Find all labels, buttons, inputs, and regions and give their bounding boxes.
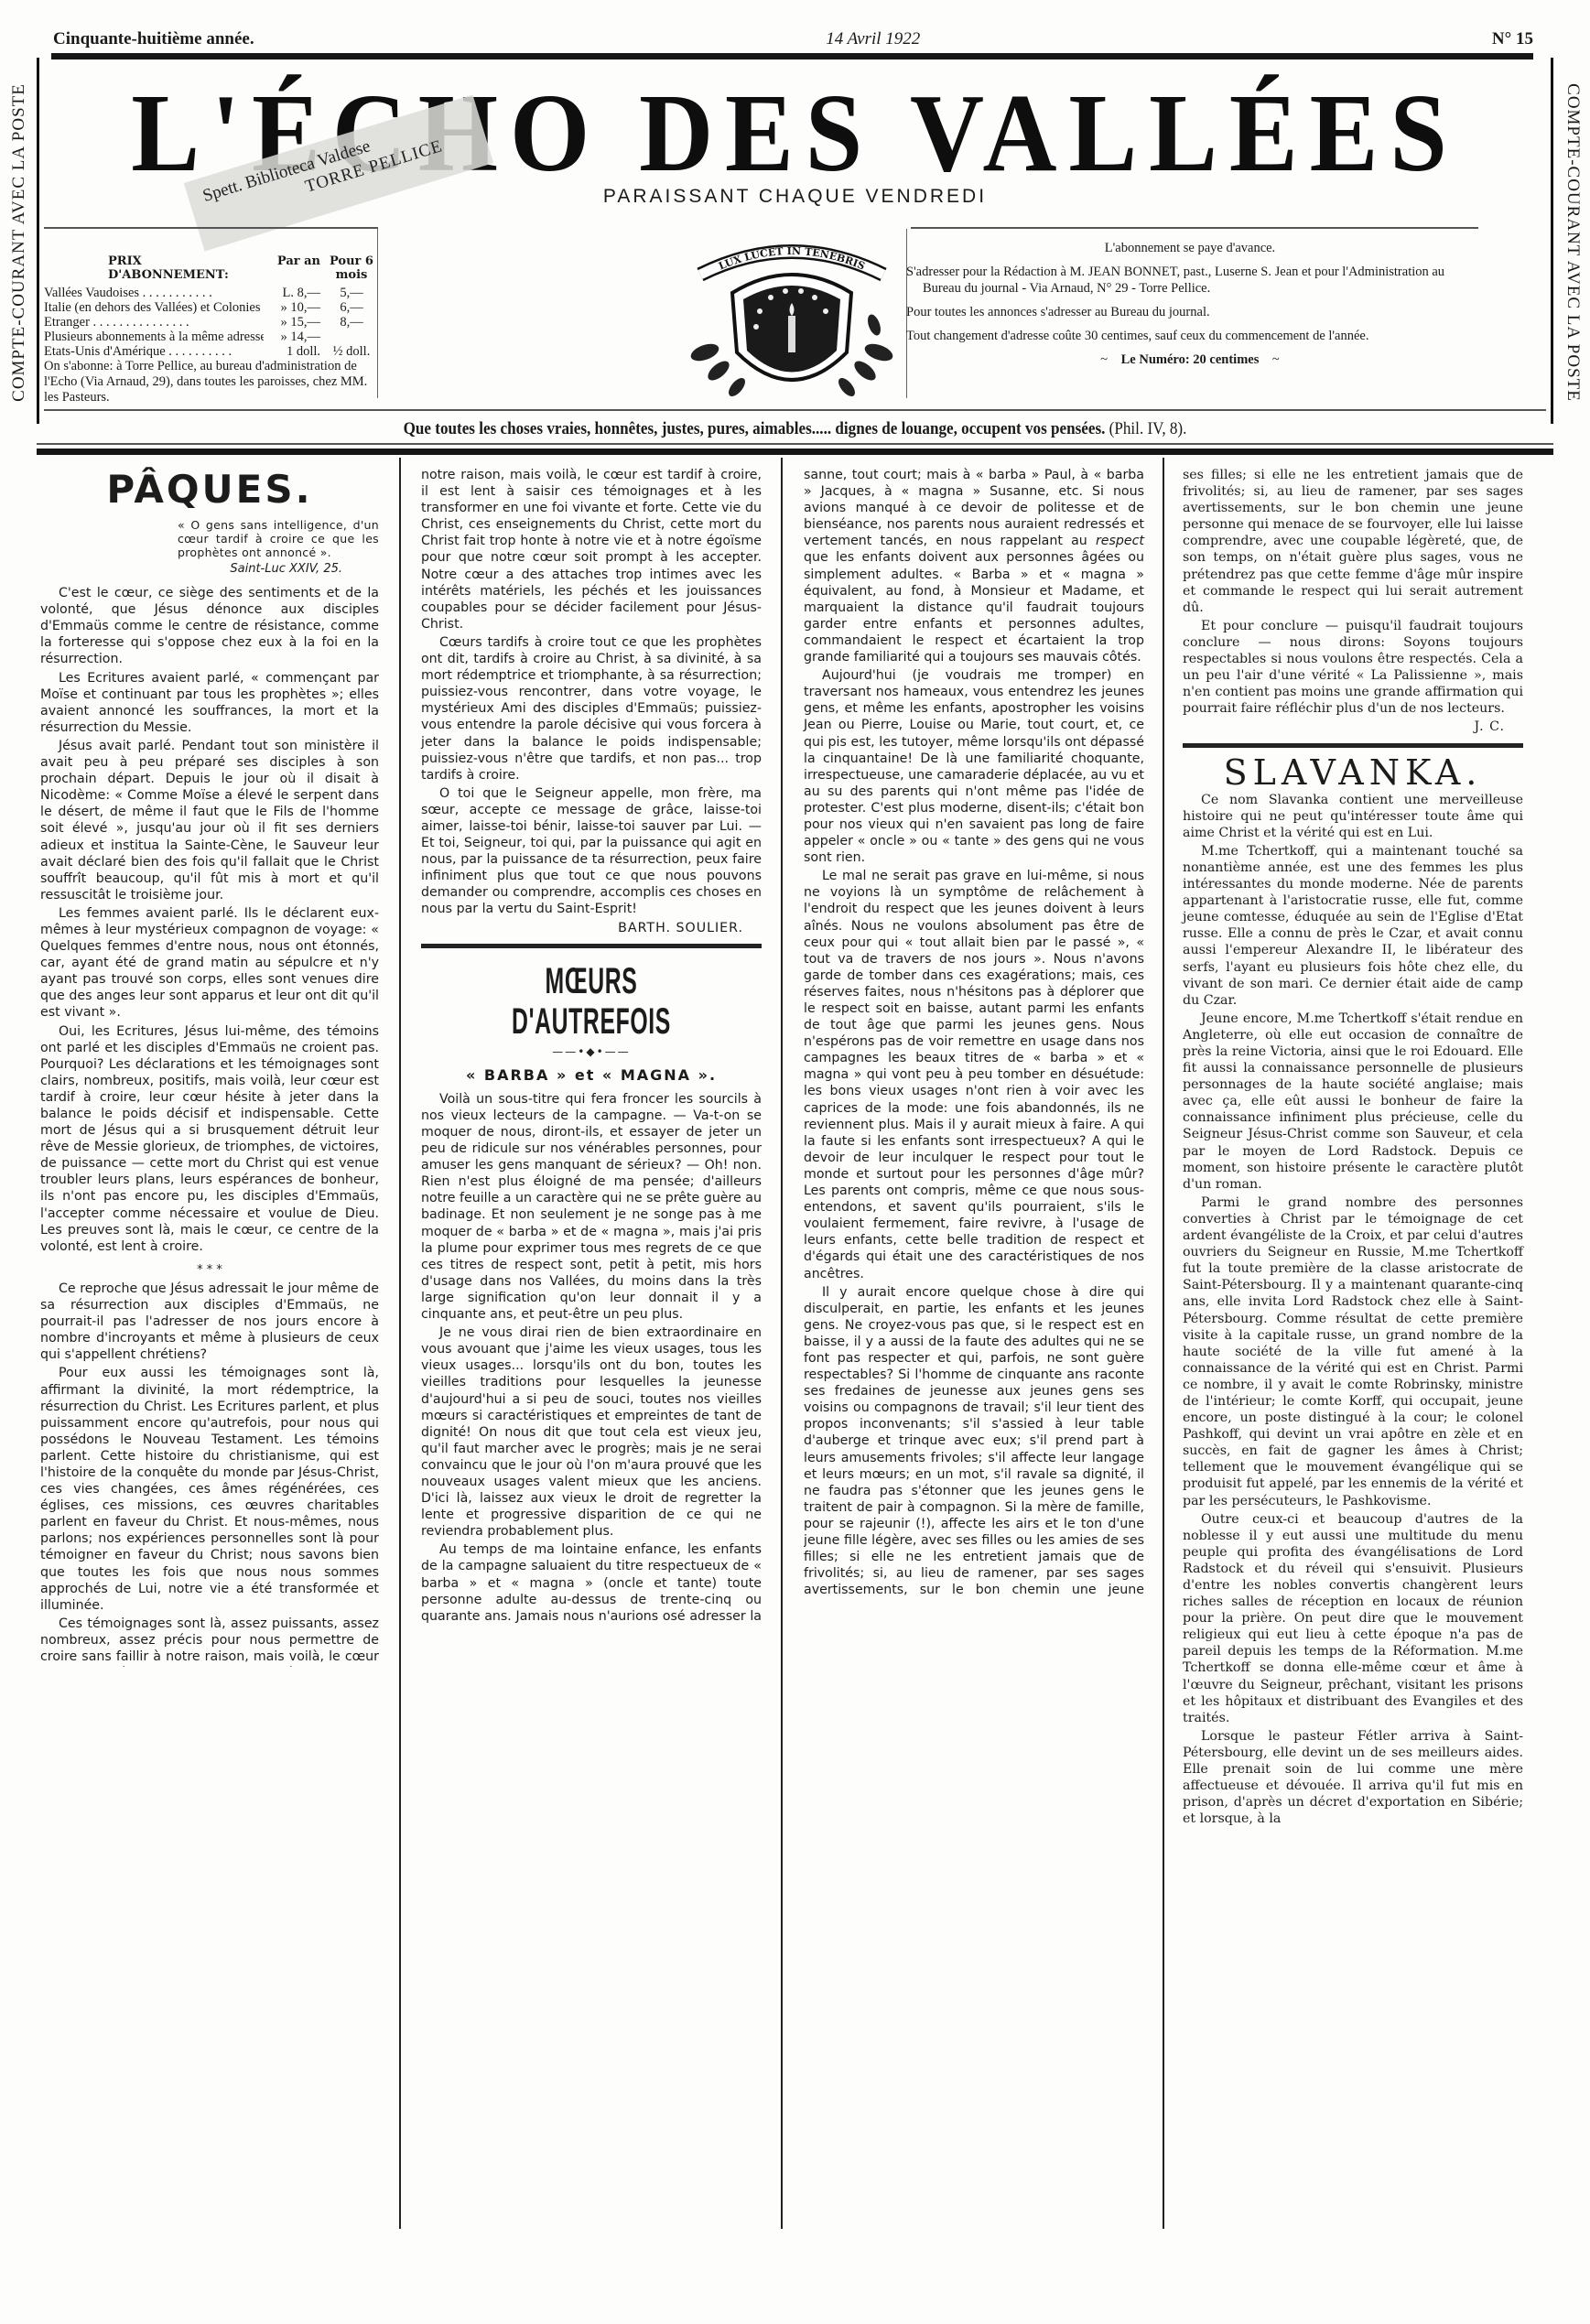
column-divider: [399, 458, 401, 2229]
issue-number: N° 15: [1492, 29, 1533, 49]
paragraph: Le mal ne serait pas grave en lui-même, …: [804, 868, 1144, 1281]
motto-top-rule: [44, 409, 1546, 411]
motto-reference: (Phil. IV, 8).: [1109, 419, 1187, 438]
paragraph: M.me Tchertkoff, qui a maintenant touché…: [1183, 843, 1523, 1009]
col-year: Par an: [264, 254, 320, 282]
subscription-row: Italie (en dehors des Vallées) et Coloni…: [44, 300, 383, 315]
subscription-heading: PRIX D'ABONNEMENT:: [44, 254, 264, 282]
motto-bottom-rule: [37, 443, 1553, 445]
paragraph: Pour eux aussi les témoignages sont là, …: [40, 1365, 379, 1613]
column-2: notre raison, mais voilà, le cœur est ta…: [421, 467, 762, 1626]
info-box: L'abonnement se paye d'avance. S'adresse…: [906, 240, 1474, 375]
motto: Que toutes les choses vraies, honnêtes, …: [80, 419, 1510, 439]
side-text-left: COMPTE-COURANT AVEC LA POSTE: [5, 64, 33, 421]
paragraph: Aujourd'hui (je voudrais me tromper) en …: [804, 667, 1144, 866]
paragraph: Jeune encore, M.me Tchertkoff s'était re…: [1183, 1011, 1523, 1193]
article-title-slavanka: SLAVANKA.: [1183, 764, 1523, 781]
paragraph-continued: notre raison, mais voilà, le cœur est ta…: [421, 467, 762, 632]
dateline: Cinquante-huitième année. 14 Avril 1922 …: [53, 22, 1533, 49]
annonces-note: Pour toutes les annonces s'adresser au B…: [906, 304, 1474, 320]
paragraph: Au temps de ma lointaine enfance, les en…: [421, 1541, 762, 1624]
paragraph: Les Ecritures avaient parlé, « commençan…: [40, 670, 379, 736]
epigraph-reference: Saint-Luc XXIV, 25.: [40, 561, 342, 578]
newspaper-page: Cinquante-huitième année. 14 Avril 1922 …: [0, 0, 1590, 2324]
article-title-paques: PÂQUES.: [40, 467, 379, 513]
advance-payment-note: L'abonnement se paye d'avance.: [906, 240, 1474, 256]
section-stars: * * *: [40, 1262, 379, 1279]
paragraph: Et pour conclure — puisqu'il faudrait to…: [1183, 618, 1523, 718]
paragraph: Cœurs tardifs à croire tout ce que les p…: [421, 634, 762, 784]
subscription-row: Plusieurs abonnements à la même adresse …: [44, 330, 383, 344]
paragraph: O toi que le Seigneur appelle, mon frère…: [421, 785, 762, 918]
article-title-moeurs: MŒURS D'AUTREFOIS: [486, 961, 698, 1042]
article-signature: BARTH. SOULIER.: [421, 920, 762, 936]
paragraph: Il y aurait encore quelque chose à dire …: [804, 1284, 1144, 1600]
paragraph: Lorsque le pasteur Fétler arriva à Saint…: [1183, 1728, 1523, 1828]
columns-top-rule: [37, 449, 1553, 455]
subscription-row: Vallées Vaudoises . . . . . . . . . . .L…: [44, 286, 383, 300]
paragraph: Parmi le grand nombre des personnes conv…: [1183, 1194, 1523, 1509]
year-label: Cinquante-huitième année.: [53, 29, 254, 49]
address-change-note: Tout changement d'adresse coûte 30 centi…: [906, 328, 1474, 344]
article-subtitle: « BARBA » et « MAGNA ».: [421, 1067, 762, 1084]
paragraph: C'est le cœur, ce siège des sentiments e…: [40, 585, 379, 667]
paragraph: Les femmes avaient parlé. Ils le déclare…: [40, 905, 379, 1021]
col-half: Pour 6 mois: [320, 254, 383, 282]
paragraph: Outre ceux-ci et beaucoup d'autres de la…: [1183, 1511, 1523, 1726]
paragraph: Voilà un sous-titre qui fera froncer les…: [421, 1091, 762, 1323]
paragraph: Jésus avait parlé. Pendant tout son mini…: [40, 738, 379, 903]
subscription-note: On s'abonne: à Torre Pellice, au bureau …: [44, 359, 378, 405]
column-3: sanne, tout court; mais à « barba » Paul…: [804, 467, 1144, 1602]
subs-top-rule: [44, 227, 378, 229]
motto-text: Que toutes les choses vraies, honnêtes, …: [404, 419, 1106, 438]
epigraph: « O gens sans intelligence, d'un cœur ta…: [178, 518, 379, 559]
paragraph: Je ne vous dirai rien de bien extraordin…: [421, 1324, 762, 1540]
subscription-header: PRIX D'ABONNEMENT: Par an Pour 6 mois: [44, 254, 383, 282]
paragraph-continued: ses filles; si elle ne les entretient ja…: [1183, 467, 1523, 616]
subscription-row: Etats-Unis d'Amérique . . . . . . . . . …: [44, 344, 383, 359]
article-signature: J. C.: [1183, 719, 1523, 735]
flourish-ornament-icon: ——•◆•——: [421, 1043, 762, 1060]
paragraph-continued: sanne, tout court; mais à « barba » Paul…: [804, 467, 1144, 665]
subscription-row: Etranger . . . . . . . . . . . . . . .» …: [44, 315, 383, 330]
paragraph: Oui, les Ecritures, Jésus lui-même, des …: [40, 1023, 379, 1255]
redaction-address: S'adresser pour la Rédaction à M. JEAN B…: [906, 264, 1474, 297]
article-separator: [1183, 743, 1523, 748]
price-note: ~ Le Numéro: 20 centimes ~: [906, 351, 1474, 368]
paragraph: Ce reproche que Jésus adressait le jour …: [40, 1281, 379, 1363]
article-separator: [421, 944, 762, 948]
column-1: PÂQUES. « O gens sans intelligence, d'un…: [40, 467, 379, 1669]
column-divider: [781, 458, 783, 2229]
info-top-rule: [911, 227, 1478, 229]
paragraph: Ce nom Slavanka contient une merveilleus…: [1183, 792, 1523, 841]
column-4: ses filles; si elle ne les entretient ja…: [1183, 467, 1523, 1829]
issue-date: 14 Avril 1922: [826, 29, 920, 49]
waldensian-emblem-icon: LUX LUCET IN TENEBRIS: [668, 224, 915, 407]
side-text-right: COMPTE-COURANT AVEC LA POSTE: [1559, 64, 1586, 421]
column-divider: [1163, 458, 1164, 2229]
subscription-table: PRIX D'ABONNEMENT: Par an Pour 6 mois Va…: [44, 254, 383, 359]
paragraph: Ces témoignages sont là, assez puissants…: [40, 1616, 379, 1667]
